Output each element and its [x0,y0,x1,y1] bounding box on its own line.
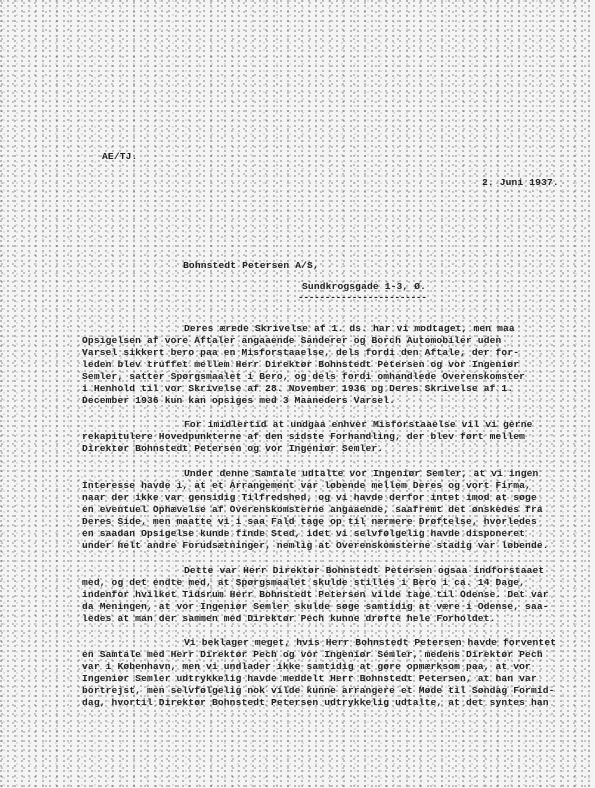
paragraph-line: Deres Side, men maatte vi i saa Fald tag… [82,516,537,528]
recipient-name: Bohnstedt Petersen A/S, [183,260,319,272]
paragraph-line: rekapitulere Hovedpunkterne af den sidst… [82,431,525,443]
paragraph-line: var i København, men vi undlader ikke sa… [82,661,531,673]
letter-date: 2. Juni 1937. [482,177,559,189]
paragraph-line: en saadan Opsigelse kunde finde Sted, id… [82,528,525,540]
address-underline: ------------------------ [298,292,427,303]
paragraph-line: leden blev truffet mellem Herr Direktør … [82,359,519,371]
paragraph-line: en eventuel Ophævelse af Overenskomstern… [82,504,543,516]
paragraph-line: December 1936 kun kan opsiges med 3 Maan… [82,395,395,407]
reference-initials: AE/TJ. [102,151,137,163]
paragraph-line: Vi beklager meget, hvis Herr Bohnstedt P… [184,637,556,649]
paragraph-line: i Henhold til vor Skrivelse af 28. Novem… [82,383,513,395]
paragraph-line: indenfor hvilket Tidsrum Herr Bohnstedt … [82,589,549,601]
paragraph-line: dag, hvortil Direktør Bohnstedt Petersen… [82,697,549,709]
paragraph-line: en Samtale med Herr Direktør Pech og vor… [82,649,543,661]
paragraph-line: Deres ærede Skrivelse af 1. ds. har vi m… [184,323,515,335]
paragraph-line: For imidlertid at undgaa enhver Misforst… [184,419,533,431]
paragraph-line: da Meningen, at vor Ingeniør Semler skul… [82,601,549,613]
paragraph-line: Opsigelsen af vore Aftaler angaaende San… [82,335,501,347]
paragraph-line: Ingeniør Semler udtrykkelig havde meddel… [82,673,537,685]
paragraph-line: Dette var Herr Direktør Bohnstedt Peters… [184,565,544,577]
paragraph-line: Direktør Bohnstedt Petersen og vor Ingen… [82,443,383,455]
paragraph-line: Varsel sikkert bero paa en Misforstaaels… [82,347,519,359]
paragraph-line: Semler, satter Spørgsmaalet i Bero, og d… [82,371,525,383]
paragraph-line: bortrejst, men selvfølgelig nok vilde ku… [82,685,555,697]
paragraph-line: Under denne Samtale udtalte vor Ingeniør… [184,468,538,480]
paragraph-line: naar der ikke var gensidig Tilfredshed, … [82,492,537,504]
paragraph-line: ledes at man der sammen med Direktør Pec… [82,613,496,625]
paragraph-line: Interesse havde i, at et Arrangement var… [82,480,531,492]
paragraph-line: med, og det endte med, at Spørgsmaalet s… [82,577,525,589]
paragraph-line: under helt andre Forudsætninger, nemlig … [82,540,549,552]
